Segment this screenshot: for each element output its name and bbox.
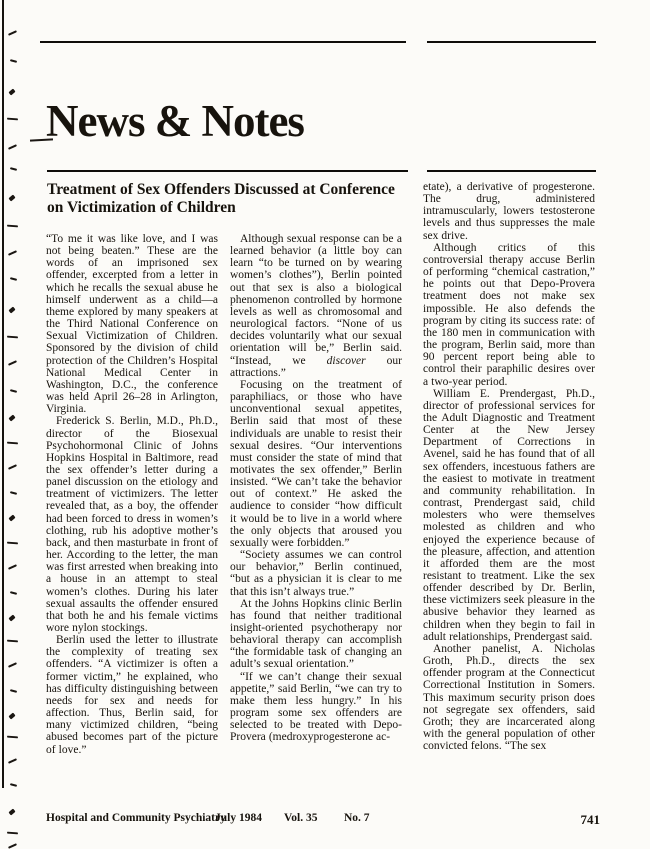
pen-mark (7, 640, 18, 643)
pen-mark (8, 360, 17, 365)
article-column-2: Although sexual response can be a learne… (230, 233, 402, 744)
pen-mark (8, 144, 17, 149)
pen-mark (8, 515, 15, 522)
pen-mark (8, 713, 15, 720)
paragraph: Berlin used the letter to illustrate the… (46, 634, 218, 756)
paragraph: William E. Prendergast, Ph.D., director … (423, 388, 595, 643)
journal-page: News & Notes Treatment of Sex Offenders … (0, 0, 650, 849)
pen-mark (7, 336, 18, 339)
pen-mark (7, 542, 18, 545)
title-rule-left (47, 170, 408, 172)
pen-mark (10, 783, 17, 787)
paragraph: Although critics of this controversial t… (423, 242, 595, 388)
paragraph: “If we can’t change their sexual appetit… (230, 671, 402, 744)
paragraph: At the Johns Hopkins clinic Berlin has f… (230, 598, 402, 671)
footer-journal-title: Hospital and Community Psychiatry (46, 812, 226, 824)
pen-mark (8, 843, 17, 848)
pen-mark (8, 464, 17, 469)
pen-mark (10, 591, 17, 595)
footer-page-number: 741 (560, 812, 600, 828)
article-headline: Treatment of Sex Offenders Discussed at … (47, 181, 409, 216)
pen-mark (8, 615, 15, 622)
scan-edge-line (2, 0, 4, 788)
pen-mark (7, 736, 18, 739)
pen-mark (8, 30, 17, 35)
pen-mark (8, 415, 15, 422)
pen-mark (8, 195, 15, 202)
pen-mark (8, 89, 15, 96)
pen-mark (10, 389, 17, 393)
pen-mark (7, 225, 18, 228)
paragraph: Frederick S. Berlin, M.D., Ph.D., direct… (46, 415, 218, 634)
title-rule-right (427, 170, 596, 172)
article-column-1: “To me it was like love, and I was not b… (46, 233, 218, 756)
page-footer: Hospital and Community Psychiatry July 1… (0, 812, 650, 830)
pen-mark (8, 758, 17, 763)
pen-mark (7, 832, 18, 835)
paragraph: Although sexual response can be a learne… (230, 233, 402, 379)
footer-issue-number: No. 7 (344, 812, 370, 824)
pen-mark (10, 59, 17, 63)
footer-volume: Vol. 35 (284, 812, 317, 824)
paragraph: Focusing on the treatment of paraphiliac… (230, 379, 402, 549)
pen-mark (10, 277, 17, 281)
paragraph: “To me it was like love, and I was not b… (46, 233, 218, 415)
article-column-3: etate), a derivative of progesterone. Th… (423, 181, 595, 752)
pen-mark (10, 167, 17, 171)
pen-mark (8, 662, 17, 667)
pen-mark (7, 118, 18, 121)
top-rule-right (427, 41, 596, 43)
pen-mark (7, 442, 18, 445)
paragraph: etate), a derivative of progesterone. Th… (423, 181, 595, 242)
pen-mark (8, 564, 17, 569)
paragraph: “Society assumes we can control our beha… (230, 549, 402, 598)
footer-issue-date: July 1984 (215, 812, 262, 824)
paragraph: Another panelist, A. Nicholas Groth, Ph.… (423, 643, 595, 752)
pen-mark (10, 491, 17, 495)
pen-mark (8, 307, 15, 314)
section-title: News & Notes (46, 99, 304, 144)
pen-mark (10, 689, 17, 693)
top-rule-left (40, 41, 406, 43)
pen-mark (8, 250, 17, 255)
